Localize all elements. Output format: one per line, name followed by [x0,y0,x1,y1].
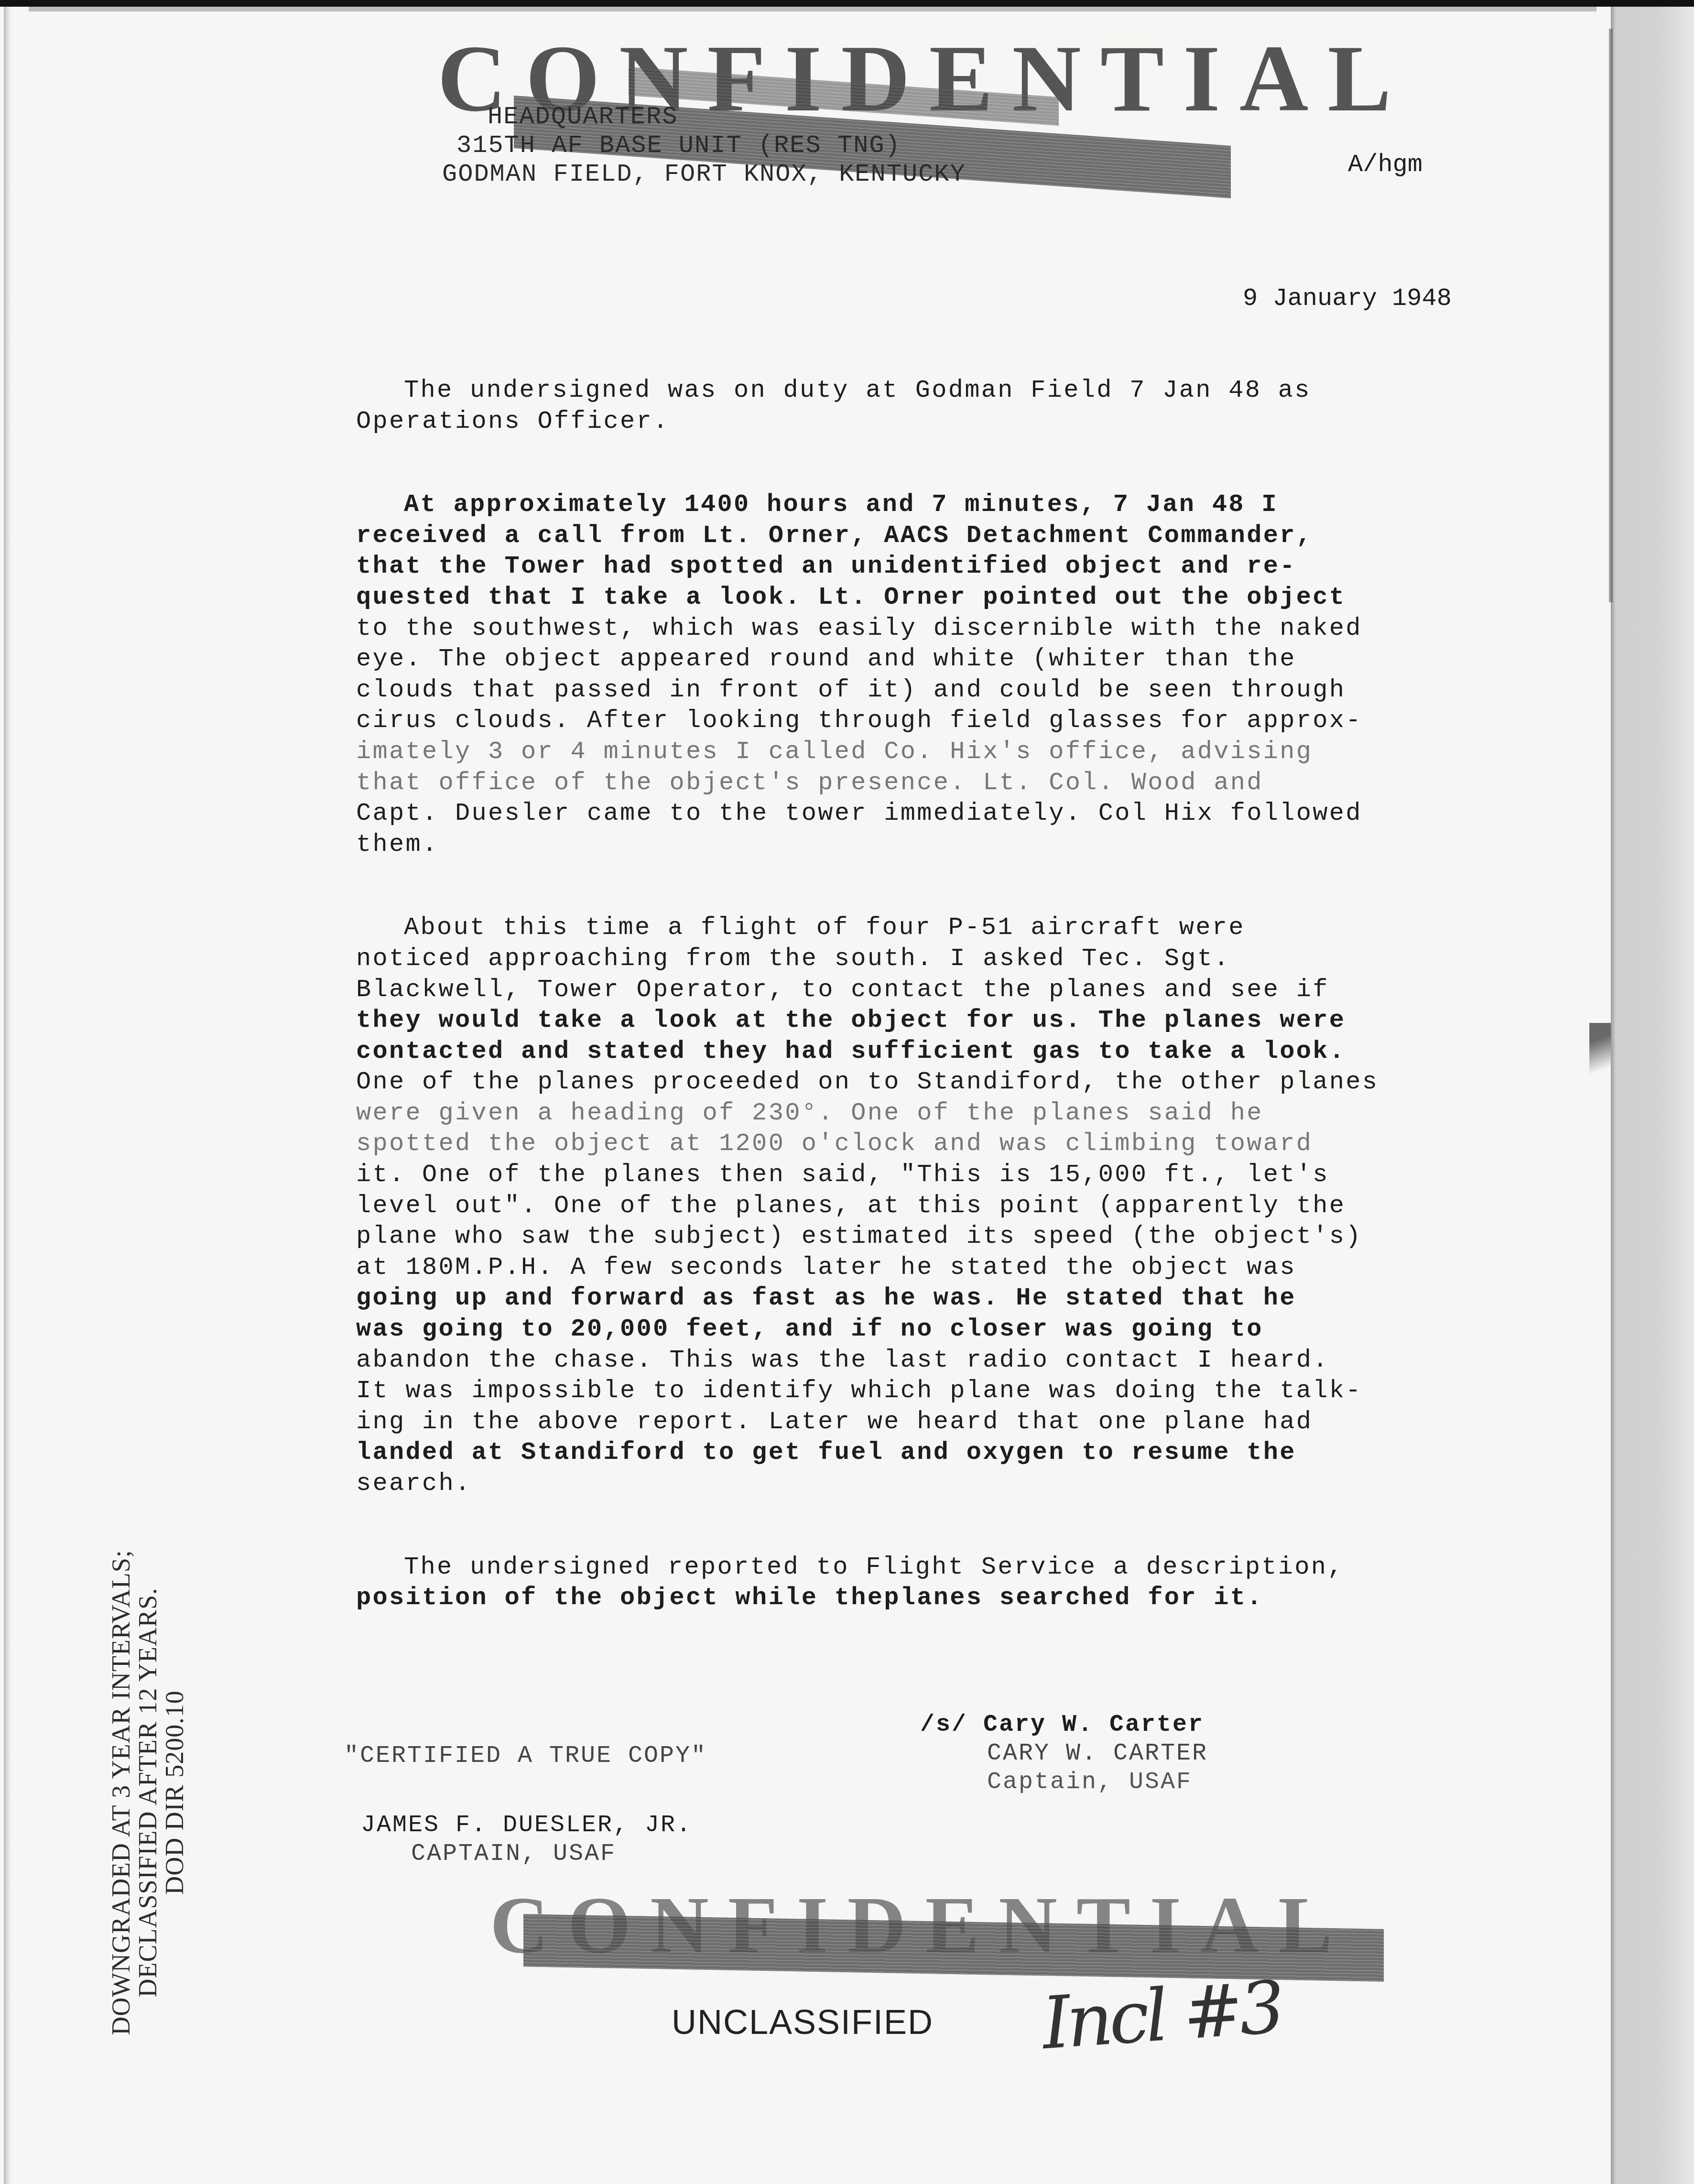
certifier-title: CAPTAIN, USAF [411,1840,616,1868]
body-line: were given a heading of 230°. One of the… [356,1098,1408,1129]
body-line: going up and forward as fast as he was. … [356,1283,1408,1314]
downgrade-line-1: DOWNGRADED AT 3 YEAR INTERVALS; [108,1453,134,2132]
body-line: to the southwest, which was easily disce… [356,613,1408,644]
body-line: About this time a flight of four P-51 ai… [356,913,1408,944]
scan-right-margin [1611,7,1694,2184]
downgrade-notice: DOWNGRADED AT 3 YEAR INTERVALS; DECLASSI… [108,1453,203,2132]
signature-signed: /s/ Cary W. Carter [920,1711,1204,1739]
letterhead-line-2: 315TH AF BASE UNIT (RES TNG) [456,131,901,160]
body-line: It was impossible to identify which plan… [356,1376,1408,1407]
body-line: The undersigned was on duty at Godman Fi… [356,375,1408,406]
scan-right-edge-shadow [1609,29,1613,602]
letterhead-line-1: HEADQUARTERS [488,103,678,131]
document-date: 9 January 1948 [1243,284,1452,313]
body-line: level out". One of the planes, at this p… [356,1191,1408,1222]
body-line: them. [356,829,1408,860]
body-line: that office of the object's presence. Lt… [356,768,1408,799]
paragraph-3: About this time a flight of four P-51 ai… [356,913,1408,1499]
body-line: noticed approaching from the south. I as… [356,944,1408,975]
letterhead-line-3: GODMAN FIELD, FORT KNOX, KENTUCKY [442,160,966,188]
scan-top-border [0,0,1694,7]
paragraph-1: The undersigned was on duty at Godman Fi… [356,375,1408,437]
body-line: One of the planes proceeded on to Standi… [356,1067,1408,1098]
paragraph-4: The undersigned reported to Flight Servi… [356,1552,1408,1614]
document-body: The undersigned was on duty at Godman Fi… [356,375,1408,1666]
body-line: it. One of the planes then said, "This i… [356,1160,1408,1191]
body-line: The undersigned reported to Flight Servi… [356,1552,1408,1583]
body-line: they would take a look at the object for… [356,1005,1408,1036]
body-line: quested that I take a look. Lt. Orner po… [356,582,1408,613]
body-line: plane who saw the subject) estimated its… [356,1221,1408,1252]
paragraph-2: At approximately 1400 hours and 7 minute… [356,489,1408,860]
body-line: spotted the object at 1200 o'clock and w… [356,1129,1408,1160]
body-line: Blackwell, Tower Operator, to contact th… [356,975,1408,1006]
body-line: imately 3 or 4 minutes I called Co. Hix'… [356,737,1408,768]
body-line: landed at Standiford to get fuel and oxy… [356,1437,1408,1468]
scan-smudge-mark [1589,1023,1611,1080]
scan-left-edge [4,7,11,2184]
body-line: at 180M.P.H. A few seconds later he stat… [356,1252,1408,1283]
scan-top-band [29,7,1596,11]
body-line: position of the object while theplanes s… [356,1583,1408,1614]
signature-title: Captain, USAF [987,1769,1192,1796]
body-line: that the Tower had spotted an unidentifi… [356,551,1408,582]
certifier-name: JAMES F. DUESLER, JR. [361,1812,692,1839]
body-line: Operations Officer. [356,406,1408,437]
body-line: abandon the chase. This was the last rad… [356,1345,1408,1376]
body-line: contacted and stated they had sufficient… [356,1036,1408,1067]
reference-code: A/hgm [1348,151,1423,179]
body-line: clouds that passed in front of it) and c… [356,675,1408,706]
body-line: received a call from Lt. Orner, AACS Det… [356,521,1408,552]
body-line: ing in the above report. Later we heard … [356,1407,1408,1438]
body-line: Capt. Duesler came to the tower immediat… [356,798,1408,829]
body-line: At approximately 1400 hours and 7 minute… [356,489,1408,521]
body-line: cirus clouds. After looking through fiel… [356,706,1408,737]
downgrade-line-3: DOD DIR 5200.10 [161,1453,188,2132]
certification-label: "CERTIFIED A TRUE COPY" [344,1742,707,1770]
signature-name: CARY W. CARTER [987,1740,1208,1767]
handwritten-annotation: Incl #3 [1040,1966,1284,2065]
body-line: search. [356,1468,1408,1499]
body-line: was going to 20,000 feet, and if no clos… [356,1314,1408,1345]
body-line: eye. The object appeared round and white… [356,644,1408,675]
downgrade-line-2: DECLASSIFIED AFTER 12 YEARS. [134,1453,161,2132]
unclassified-stamp: UNCLASSIFIED [672,2003,934,2042]
